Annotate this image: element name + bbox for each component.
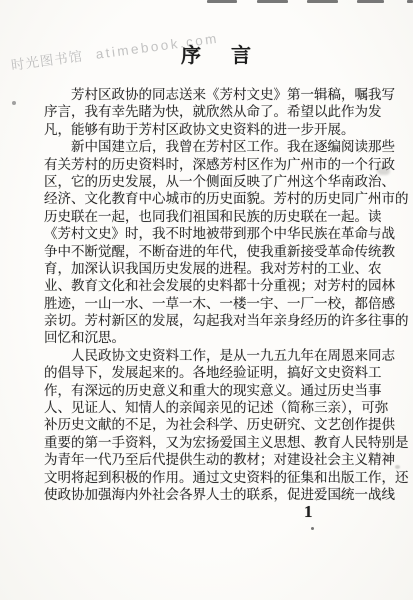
text-line: 序言，我有幸先睹为快，就欣然从命了。希望以此作为发: [44, 103, 378, 120]
text-line: 凡，能够有助于芳村区政协文史资料的进一步开展。: [44, 121, 378, 138]
text-line: 业、教育文化和社会发展的史料都十分重视；对芳村的园林: [44, 277, 378, 294]
text-line: 重要的第一手资料，又为宏扬爱国主义思想、教育人民特别是: [44, 434, 378, 451]
scan-edge-dash: [357, 0, 384, 3]
text-line: 人民政协文史资料工作，是从一九五九年在周恩来同志: [44, 347, 378, 364]
text-line: 文明将起到积极的作用。通过文史资料的征集和出版工作，还: [44, 469, 378, 486]
text-line: 补历史文献的不足，为社会科学、历史研究、文艺创作提供: [44, 416, 378, 433]
text-line: 使政协加强海内外社会各界人士的联系，促进爱国统一战线: [44, 486, 378, 503]
text-line: 有关芳村的历史资料时，深感芳村区作为广州市的一个行政: [44, 156, 378, 173]
text-line: 《芳村文史》时，我不时地被带到那个中华民族在革命与战: [44, 225, 378, 242]
scan-edge-dash: [257, 0, 288, 3]
scan-edge-dash: [407, 0, 413, 3]
text-line: 历史联在一起，也同我们祖国和民族的历史联在一起。读: [44, 208, 378, 225]
text-line: 争中不断觉醒，不断奋进的年代，使我重新接受革命传统教: [44, 243, 378, 260]
watermark-library-name: 时光图书馆: [10, 49, 84, 73]
scan-speck: [311, 527, 314, 530]
scan-speck: [12, 101, 16, 105]
page-number: 1: [304, 502, 313, 522]
text-line: 人、见证人、知情人的亲闻亲见的记述（简称三亲），可弥: [44, 399, 378, 416]
text-line: 经济、文化教育中心城市的历史面貌。芳村的历史同广州市的: [44, 190, 378, 207]
body-text: 芳村区政协的同志送来《芳村文史》第一辑稿，嘱我写 序言，我有幸先睹为快，就欣然从…: [44, 86, 378, 503]
text-line: 作，有深远的历史意义和重大的现实意义。通过历史当事: [44, 382, 378, 399]
text-line: 区，它的历史发展，从一个侧面反映了广州这个华南政治、: [44, 173, 378, 190]
text-line: 胜迹，一山一水、一草一木、一楼一宇、一厂一校，都倍感: [44, 295, 378, 312]
text-line: 的倡导下，发展起来的。各地经验证明，搞好文史资料工: [44, 364, 378, 381]
text-line: 亲切。芳村新区的发展，勾起我对当年亲身经历的许多往事的: [44, 312, 378, 329]
text-line: 育，加深认识我国历史发展的进程。我对芳村的工业、农: [44, 260, 378, 277]
scan-edge-dash: [207, 0, 237, 3]
document-page: 时光图书馆 atimebook.com 序 言 芳村区政协的同志送来《芳村文史》…: [0, 0, 413, 600]
page-title: 序 言: [181, 39, 256, 68]
scan-speck: [395, 465, 400, 469]
text-line: 回忆和沉思。: [44, 329, 378, 346]
scan-edge-dash: [307, 0, 338, 3]
text-line: 为青年一代乃至后代提供生动的教材；对建设社会主义精神: [44, 451, 378, 468]
text-line: 芳村区政协的同志送来《芳村文史》第一辑稿，嘱我写: [44, 86, 378, 103]
text-line: 新中国建立后，我曾在芳村区工作。我在逐编阅读那些: [44, 138, 378, 155]
